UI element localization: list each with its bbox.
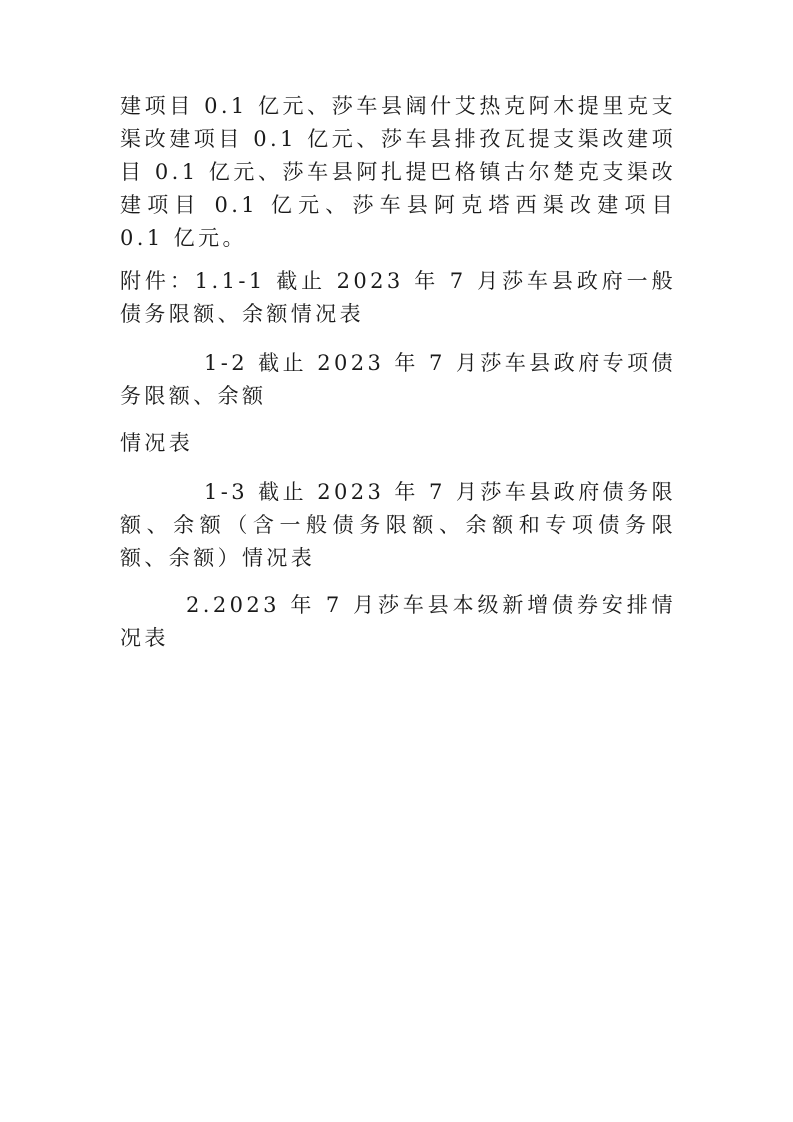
attachment-1-3: 1-3 截止 2023 年 7 月莎车县政府债务限额、余额（含一般债务限额、余额… bbox=[120, 476, 676, 575]
document-page: 建项目 0.1 亿元、莎车县阔什艾热克阿木提里克支渠改建项目 0.1 亿元、莎车… bbox=[120, 90, 676, 655]
attachment-1-1: 附件：1.1-1 截止 2023 年 7 月莎车县政府一般债务限额、余额情况表 bbox=[120, 265, 676, 331]
attachment-1-2-continuation: 情况表 bbox=[120, 427, 676, 460]
attachment-1-2: 1-2 截止 2023 年 7 月莎车县政府专项债务限额、余额 bbox=[120, 347, 676, 413]
body-paragraph: 建项目 0.1 亿元、莎车县阔什艾热克阿木提里克支渠改建项目 0.1 亿元、莎车… bbox=[120, 90, 676, 255]
attachment-2: 2.2023 年 7 月莎车县本级新增债券安排情况表 bbox=[120, 589, 676, 655]
